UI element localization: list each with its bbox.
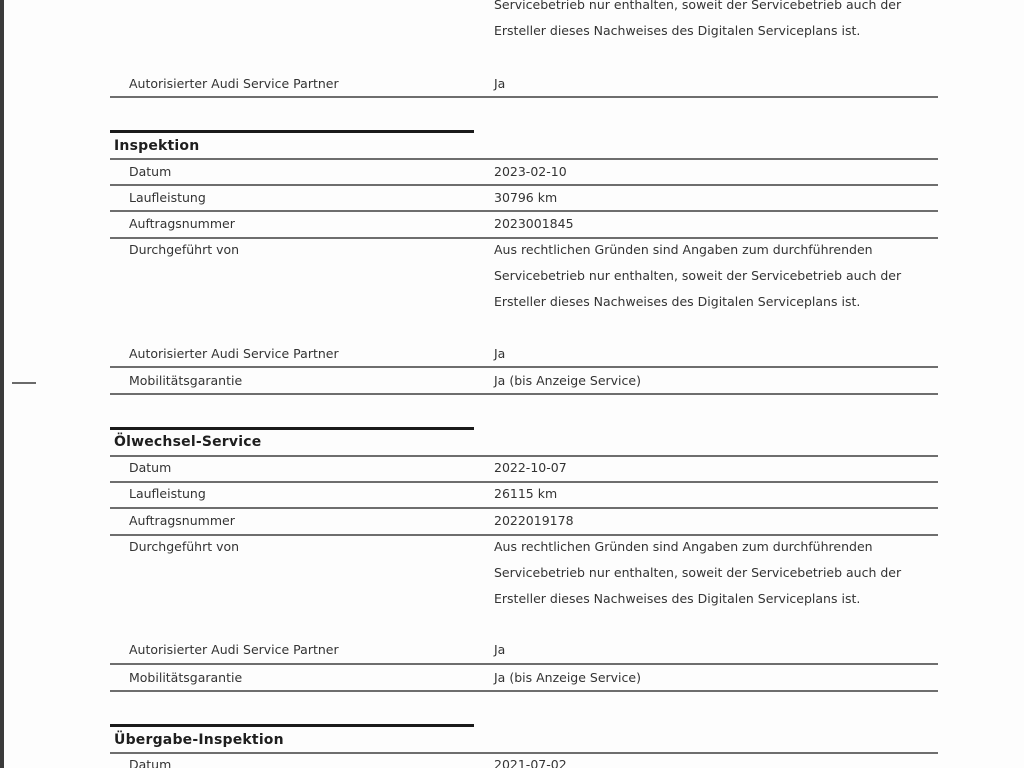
performed-by-text-line: Ersteller dieses Nachweises des Digitale… bbox=[494, 591, 860, 607]
date-label: Datum bbox=[129, 460, 171, 476]
date-value: 2021-07-02 bbox=[494, 757, 567, 768]
section-header-bar bbox=[110, 724, 474, 727]
authorized-partner-value: Ja bbox=[494, 642, 505, 658]
section-header-bar bbox=[110, 130, 474, 133]
row-divider bbox=[110, 507, 938, 509]
row-divider bbox=[110, 455, 938, 457]
mobility-guarantee-label: Mobilitätsgarantie bbox=[129, 373, 242, 389]
service-record-page: Servicebetrieb nur enthalten, soweit der… bbox=[0, 0, 1024, 768]
performed-by-text-line: Servicebetrieb nur enthalten, soweit der… bbox=[494, 0, 901, 13]
performed-by-label: Durchgeführt von bbox=[129, 539, 239, 555]
authorized-partner-label: Autorisierter Audi Service Partner bbox=[129, 346, 339, 362]
mileage-label: Laufleistung bbox=[129, 486, 206, 502]
row-divider bbox=[110, 663, 938, 665]
mileage-value: 30796 km bbox=[494, 190, 557, 206]
mileage-value: 26115 km bbox=[494, 486, 557, 502]
section-title: Übergabe-Inspektion bbox=[114, 731, 284, 749]
mobility-guarantee-label: Mobilitätsgarantie bbox=[129, 670, 242, 686]
authorized-partner-label: Autorisierter Audi Service Partner bbox=[129, 76, 339, 92]
row-divider bbox=[110, 752, 938, 754]
order-number-label: Auftragsnummer bbox=[129, 513, 235, 529]
performed-by-text-line: Servicebetrieb nur enthalten, soweit der… bbox=[494, 268, 901, 284]
performed-by-label: Durchgeführt von bbox=[129, 242, 239, 258]
performed-by-text-line: Servicebetrieb nur enthalten, soweit der… bbox=[494, 565, 901, 581]
section-header-bar bbox=[110, 427, 474, 430]
mobility-guarantee-value: Ja (bis Anzeige Service) bbox=[494, 373, 641, 389]
order-number-label: Auftragsnummer bbox=[129, 216, 235, 232]
row-divider bbox=[110, 534, 938, 536]
order-number-value: 2023001845 bbox=[494, 216, 574, 232]
date-value: 2023-02-10 bbox=[494, 164, 567, 180]
row-divider bbox=[110, 481, 938, 483]
mobility-guarantee-value: Ja (bis Anzeige Service) bbox=[494, 670, 641, 686]
page-left-edge bbox=[0, 0, 4, 768]
authorized-partner-value: Ja bbox=[494, 76, 505, 92]
date-label: Datum bbox=[129, 164, 171, 180]
section-title: Inspektion bbox=[114, 137, 199, 155]
order-number-value: 2022019178 bbox=[494, 513, 574, 529]
authorized-partner-value: Ja bbox=[494, 346, 505, 362]
performed-by-text-line: Aus rechtlichen Gründen sind Angaben zum… bbox=[494, 539, 873, 555]
authorized-partner-label: Autorisierter Audi Service Partner bbox=[129, 642, 339, 658]
row-divider bbox=[110, 158, 938, 160]
row-divider bbox=[110, 184, 938, 186]
row-divider bbox=[110, 210, 938, 212]
performed-by-text-line: Aus rechtlichen Gründen sind Angaben zum… bbox=[494, 242, 873, 258]
mileage-label: Laufleistung bbox=[129, 190, 206, 206]
row-divider bbox=[110, 393, 938, 395]
row-divider bbox=[110, 366, 938, 368]
row-divider bbox=[110, 96, 938, 98]
performed-by-text-line: Ersteller dieses Nachweises des Digitale… bbox=[494, 294, 860, 310]
date-value: 2022-10-07 bbox=[494, 460, 567, 476]
date-label: Datum bbox=[129, 757, 171, 768]
row-divider bbox=[110, 690, 938, 692]
performed-by-text-line: Ersteller dieses Nachweises des Digitale… bbox=[494, 23, 860, 39]
row-divider bbox=[110, 237, 938, 239]
margin-dash-mark bbox=[12, 382, 36, 384]
section-title: Ölwechsel-Service bbox=[114, 433, 261, 451]
